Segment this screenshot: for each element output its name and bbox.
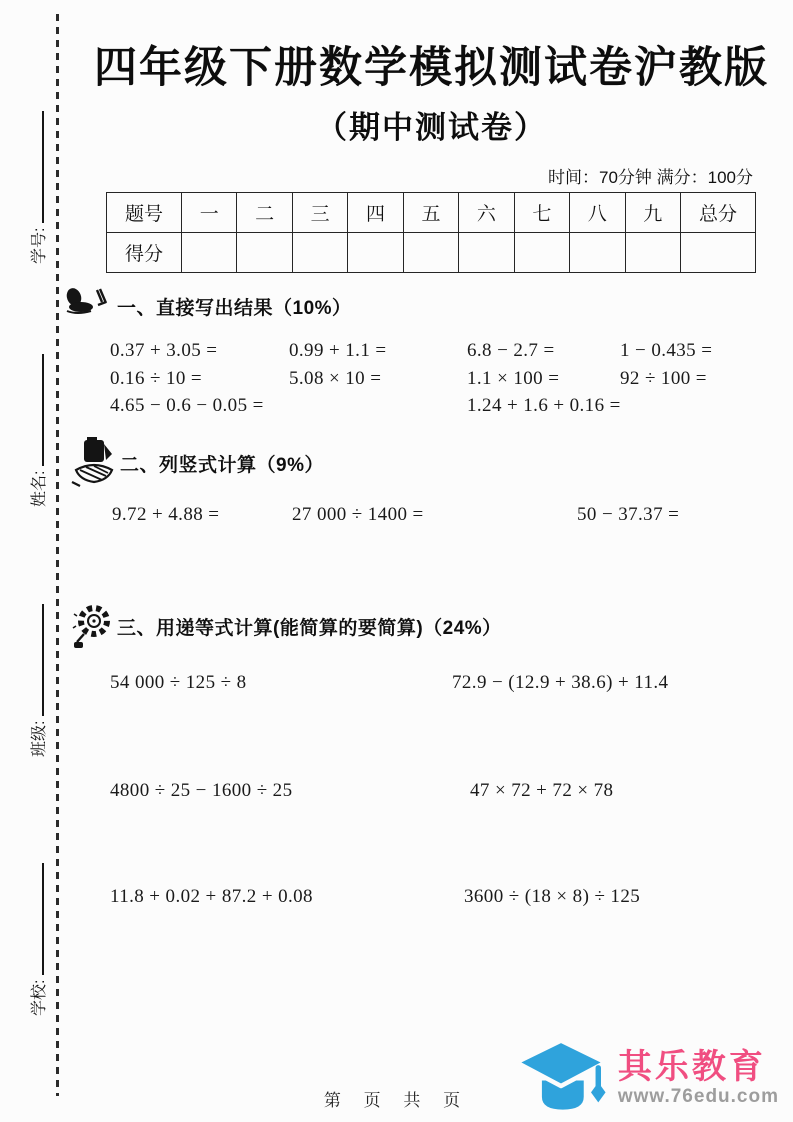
problem: 72.9 − (12.9 + 38.6) + 11.4 — [452, 672, 668, 694]
problem: 47 × 72 + 72 × 78 — [470, 780, 613, 802]
brand-website: www.76edu.com — [618, 1087, 779, 1108]
section-one-heading: 一、直接写出结果（10%） — [117, 293, 352, 320]
binding-dashed-line — [56, 14, 59, 1096]
score-cell — [292, 233, 347, 273]
problem: 5.08 × 10 = — [289, 368, 381, 390]
score-header-cell: 三 — [292, 193, 347, 233]
publisher-logo: 其乐教育 www.76edu.com — [511, 1034, 779, 1122]
problem: 0.16 ÷ 10 = — [110, 368, 202, 390]
student-school-label: 学校: — [31, 980, 48, 1016]
section-two-heading: 二、列竖式计算（9%） — [120, 450, 324, 477]
student-number-label: 学号: — [31, 228, 48, 264]
problem: 50 − 37.37 = — [577, 504, 679, 526]
brand-name: 其乐教育 — [618, 1049, 766, 1086]
score-table: 题号 一 二 三 四 五 六 七 八 九 总分 得分 — [106, 192, 756, 273]
problem: 6.8 − 2.7 = — [467, 340, 555, 362]
score-cell — [182, 233, 237, 273]
score-header-cell: 一 — [182, 193, 237, 233]
student-number-blank — [28, 111, 44, 223]
student-school-blank — [28, 863, 44, 975]
student-class-field: 班级: — [26, 604, 49, 757]
score-cell — [403, 233, 458, 273]
score-cell — [570, 233, 625, 273]
score-cell — [625, 233, 681, 273]
stopwatch-clipart-icon — [72, 602, 114, 657]
student-name-blank — [28, 354, 44, 466]
score-header-cell: 二 — [237, 193, 292, 233]
problem: 4800 ÷ 25 − 1600 ÷ 25 — [110, 780, 292, 802]
page-subtitle: （期中测试卷） — [90, 102, 773, 147]
problem: 0.37 + 3.05 = — [110, 340, 217, 362]
student-class-label: 班级: — [31, 721, 48, 757]
score-cell — [348, 233, 403, 273]
score-cell — [237, 233, 292, 273]
problem: 11.8 + 0.02 + 87.2 + 0.08 — [110, 886, 313, 908]
problem: 27 000 ÷ 1400 = — [292, 504, 424, 526]
score-table-header-row: 题号 一 二 三 四 五 六 七 八 九 总分 — [107, 193, 756, 233]
problem: 3600 ÷ (18 × 8) ÷ 125 — [464, 886, 640, 908]
score-header-cell: 四 — [348, 193, 403, 233]
page-title: 四年级下册数学模拟测试卷沪教版 — [90, 34, 773, 95]
problem: 9.72 + 4.88 = — [112, 504, 219, 526]
score-header-cell: 七 — [514, 193, 569, 233]
score-table-score-row: 得分 — [107, 233, 756, 273]
student-school-field: 学校: — [26, 863, 49, 1016]
problem: 1.1 × 100 = — [467, 368, 559, 390]
problem: 92 ÷ 100 = — [620, 368, 707, 390]
exam-time-score-info: 时间：70分钟 满分：100分 — [548, 163, 753, 188]
logo-text: 其乐教育 www.76edu.com — [618, 1049, 779, 1107]
score-header-cell: 九 — [625, 193, 681, 233]
score-header-cell: 八 — [570, 193, 625, 233]
problem: 54 000 ÷ 125 ÷ 8 — [110, 672, 247, 694]
student-class-blank — [28, 604, 44, 716]
student-name-label: 姓名: — [31, 471, 48, 507]
score-header-cell: 六 — [459, 193, 514, 233]
score-cell — [681, 233, 756, 273]
score-cell — [459, 233, 514, 273]
problem: 4.65 − 0.6 − 0.05 = — [110, 395, 264, 417]
score-header-cell: 五 — [403, 193, 458, 233]
graduation-cap-icon — [511, 1034, 611, 1122]
score-header-cell: 总分 — [681, 193, 756, 233]
student-number-field: 学号: — [26, 111, 49, 264]
score-row-label: 得分 — [107, 233, 182, 273]
writing-ink-clipart-icon — [64, 285, 110, 320]
score-cell — [514, 233, 569, 273]
ink-bottle-clipart-icon — [70, 436, 118, 495]
section-three-heading: 三、用递等式计算(能简算的要简算)（24%） — [117, 613, 502, 640]
problem: 1.24 + 1.6 + 0.16 = — [467, 395, 621, 417]
student-name-field: 姓名: — [26, 354, 49, 507]
score-header-cell: 题号 — [107, 193, 182, 233]
problem: 1 − 0.435 = — [620, 340, 712, 362]
test-paper-page: 学号: 姓名: 班级: 学校: 四年级下册数学模拟测试卷沪教版 （期中测试卷） … — [0, 0, 793, 1122]
problem: 0.99 + 1.1 = — [289, 340, 386, 362]
